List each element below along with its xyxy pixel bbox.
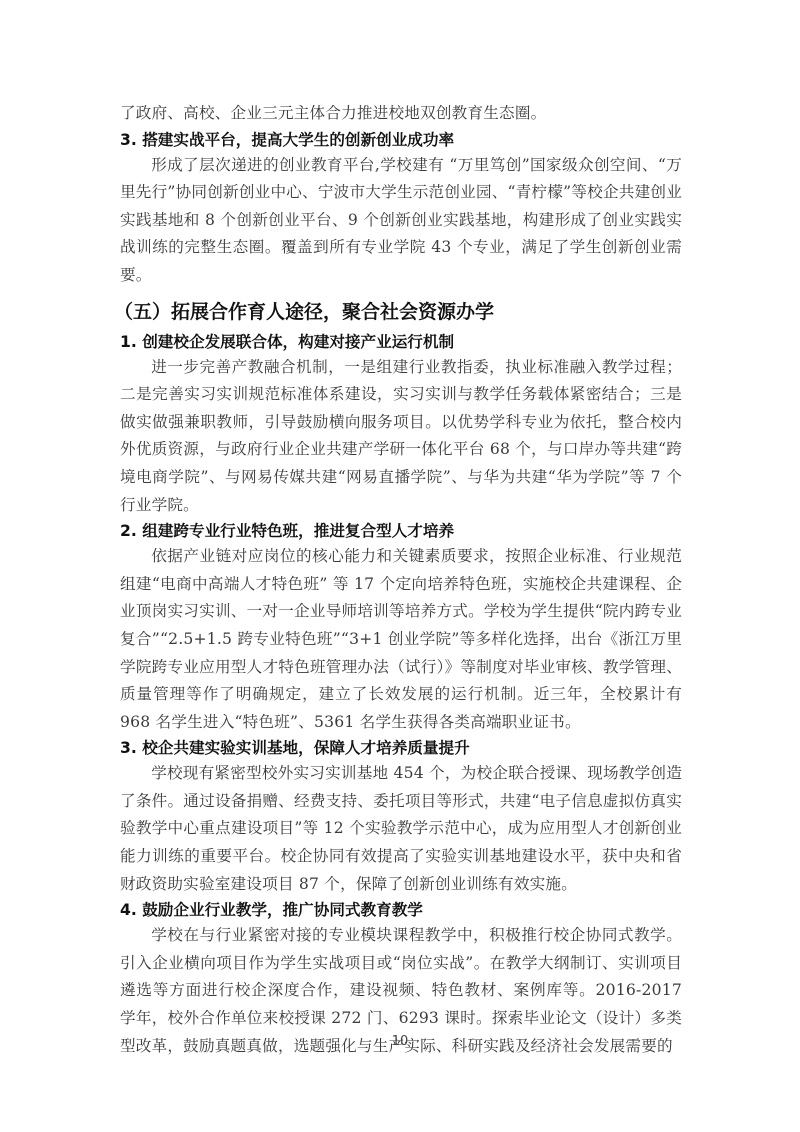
lead-paragraph: 了政府、高校、企业三元主体合力推进校地双创教育生态圈。 [120,100,682,128]
page-number: 10 [0,1034,800,1049]
item-3-heading: 3. 校企共建实验实训基地，保障人才培养质量提升 [120,736,682,760]
item-3-body: 学校现有紧密型校外实习实训基地 454 个，为校企联合授课、现场教学创造了条件。… [120,760,682,898]
item-2-heading: 2. 组建跨专业行业特色班，推进复合型人才培养 [120,519,682,543]
item-2-body: 依据产业链对应岗位的核心能力和关键素质要求，按照企业标准、行业规范组建“电商中高… [120,543,682,736]
item-1-body: 进一步完善产教融合机制，一是组建行业教指委，执业标准融入教学过程；二是完善实习实… [120,354,682,520]
section-3-body: 形成了层次递进的创业教育平台,学校建有 “万里笃创”国家级众创空间、“万里先行”… [120,152,682,290]
section-3-heading: 3. 搭建实战平台，提高大学生的创新创业成功率 [120,128,682,152]
item-4-heading: 4. 鼓励企业行业教学，推广协同式教育教学 [120,898,682,922]
chapter-heading: （五）拓展合作育人途径，聚合社会资源办学 [114,294,682,330]
document-page: 了政府、高校、企业三元主体合力推进校地双创教育生态圈。 3. 搭建实战平台，提高… [120,100,682,1060]
item-1-heading: 1. 创建校企发展联合体，构建对接产业运行机制 [120,330,682,354]
